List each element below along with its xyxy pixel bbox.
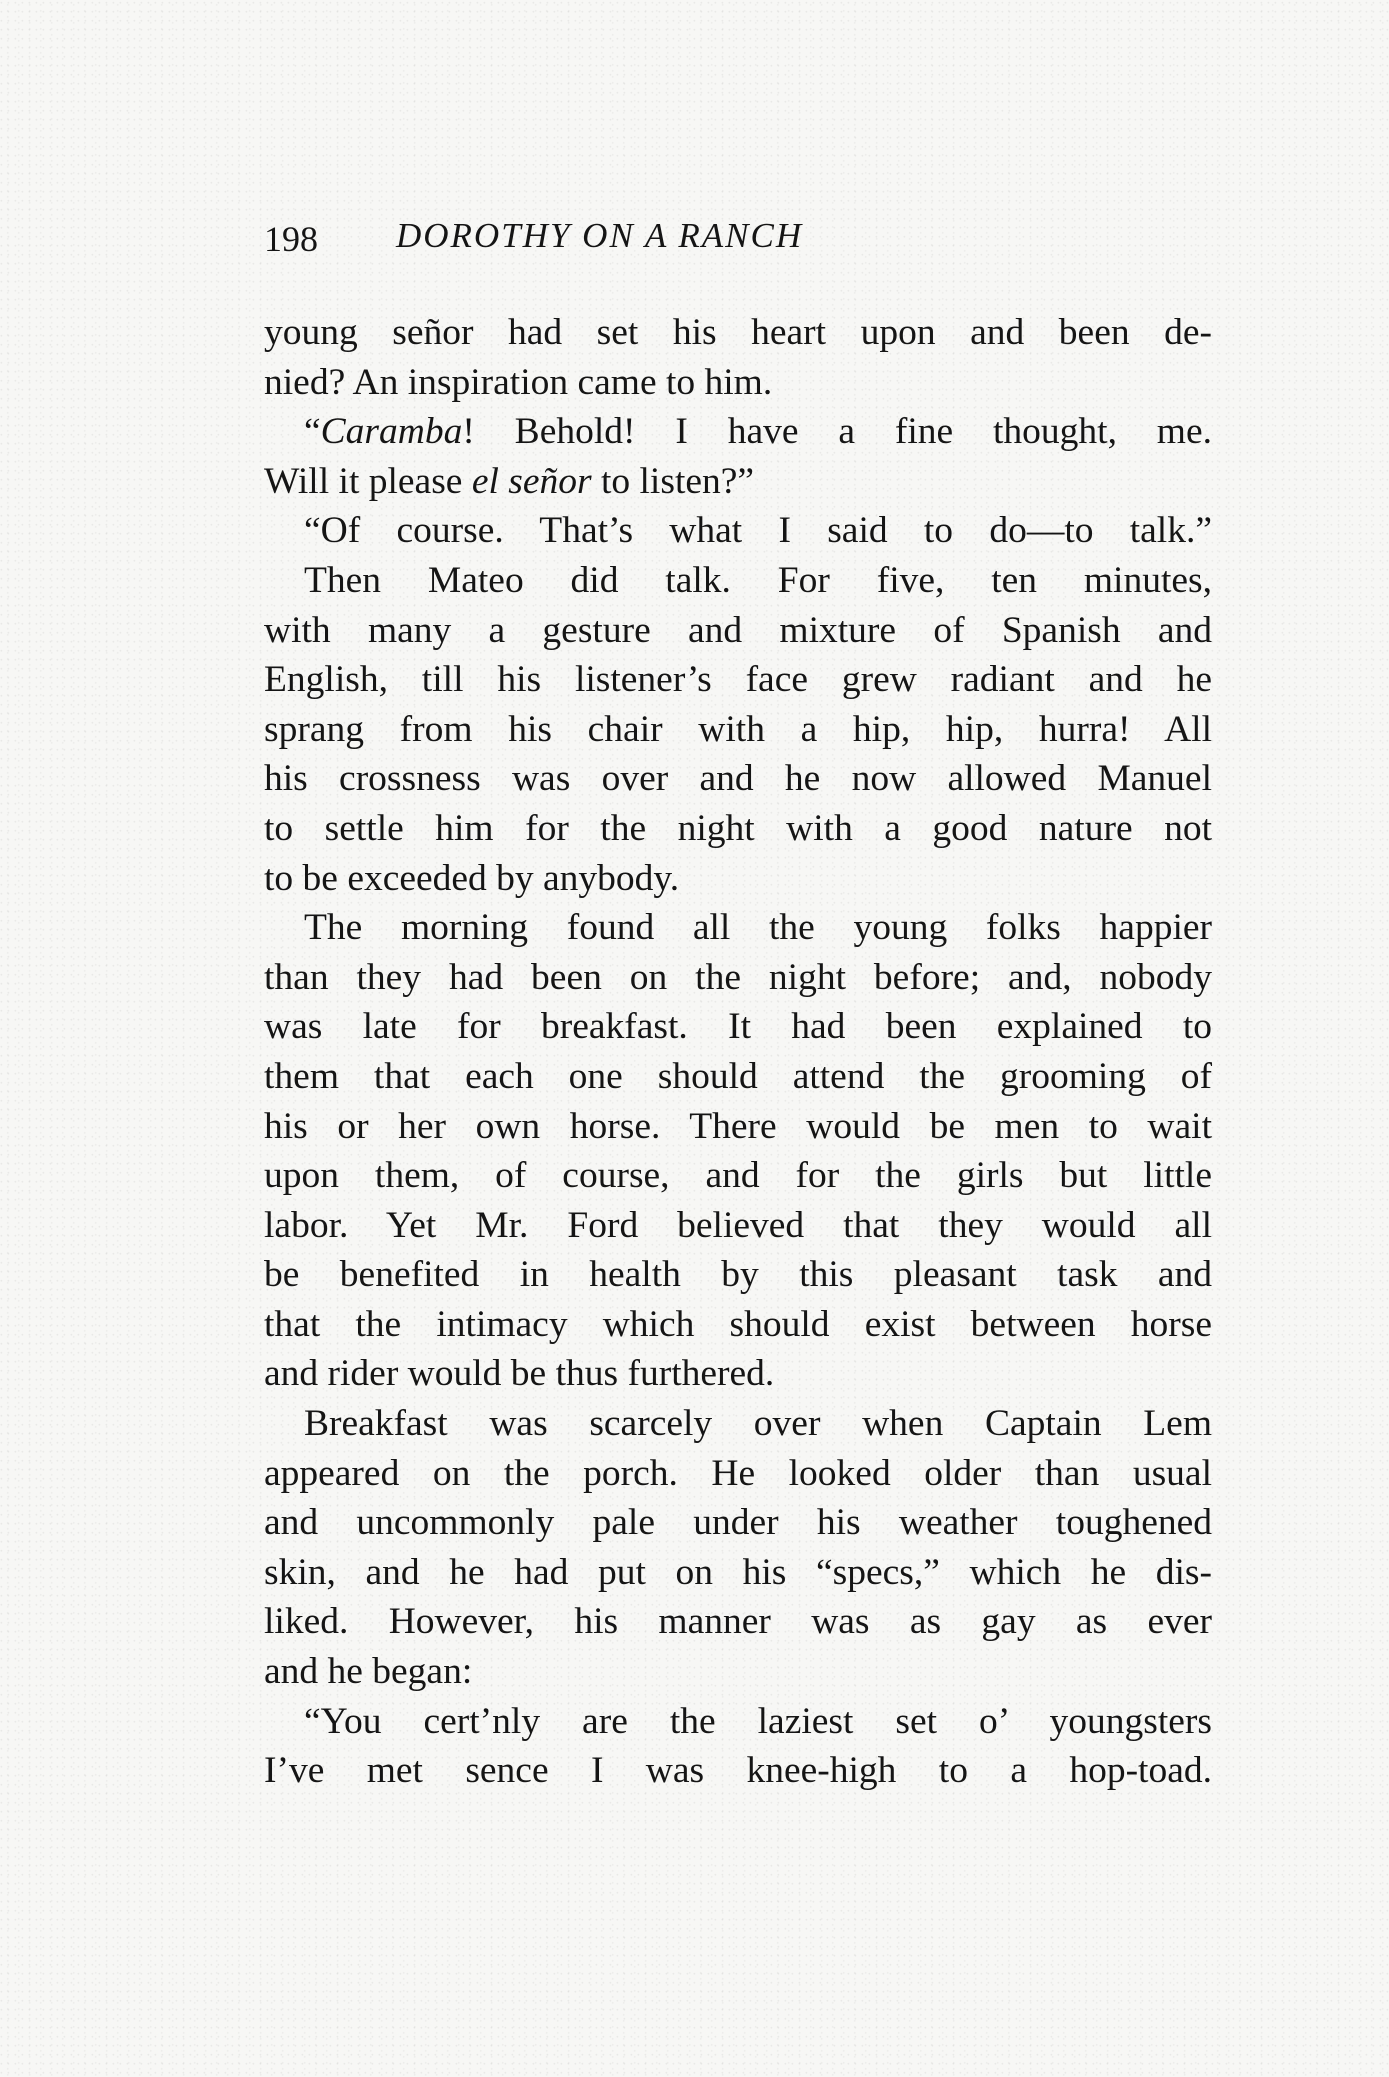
- text-line: with many a gesture and mixture of Spani…: [264, 606, 1212, 656]
- text-line: be benefited in health by this pleasant …: [264, 1250, 1212, 1300]
- text-line: I’ve met sence I was knee-high to a hop-…: [264, 1746, 1212, 1796]
- text-line: upon them, of course, and for the girls …: [264, 1151, 1212, 1201]
- text-segment: that the intimacy which should exist bet…: [264, 1304, 1212, 1345]
- text-segment: young señor had set his heart upon and b…: [264, 312, 1212, 353]
- text-line: labor. Yet Mr. Ford believed that they w…: [264, 1201, 1212, 1251]
- text-line: “Of course. That’s what I said to do—to …: [264, 506, 1212, 556]
- text-segment: labor. Yet Mr. Ford believed that they w…: [264, 1205, 1212, 1246]
- text-segment: appeared on the porch. He looked older t…: [264, 1453, 1212, 1494]
- italic-text: el señor: [472, 461, 592, 502]
- text-segment: be benefited in health by this pleasant …: [264, 1254, 1212, 1295]
- text-line: “Caramba! Behold! I have a fine thought,…: [264, 407, 1212, 457]
- text-segment: nied? An inspiration came to him.: [264, 362, 772, 403]
- text-line: to be exceeded by anybody.: [264, 854, 1212, 904]
- text-segment: and he began:: [264, 1651, 472, 1692]
- text-segment: them that each one should attend the gro…: [264, 1056, 1212, 1097]
- text-segment: sprang from his chair with a hip, hip, h…: [264, 709, 1212, 750]
- text-line: “You cert’nly are the laziest set o’ you…: [264, 1697, 1212, 1747]
- text-line: his crossness was over and he now allowe…: [264, 754, 1212, 804]
- text-line: English, till his listener’s face grew r…: [264, 655, 1212, 705]
- italic-text: Caramba: [321, 411, 463, 452]
- text-line: that the intimacy which should exist bet…: [264, 1300, 1212, 1350]
- text-segment: was late for breakfast. It had been expl…: [264, 1006, 1212, 1047]
- text-segment: his or her own horse. There would be men…: [264, 1106, 1212, 1147]
- text-segment: to listen?”: [592, 461, 754, 502]
- text-line: skin, and he had put on his “specs,” whi…: [264, 1548, 1212, 1598]
- text-segment: The morning found all the young folks ha…: [304, 907, 1212, 948]
- body-text: young señor had set his heart upon and b…: [264, 308, 1212, 1796]
- text-line: Then Mateo did talk. For five, ten minut…: [264, 556, 1212, 606]
- text-segment: Then Mateo did talk. For five, ten minut…: [304, 560, 1212, 601]
- text-segment: skin, and he had put on his “specs,” whi…: [264, 1552, 1212, 1593]
- text-line: Will it please el señor to listen?”: [264, 457, 1212, 507]
- text-segment: upon them, of course, and for the girls …: [264, 1155, 1212, 1196]
- text-line: and uncommonly pale under his weather to…: [264, 1498, 1212, 1548]
- text-line: The morning found all the young folks ha…: [264, 903, 1212, 953]
- text-line: them that each one should attend the gro…: [264, 1052, 1212, 1102]
- text-line: young señor had set his heart upon and b…: [264, 308, 1212, 358]
- text-line: and he began:: [264, 1647, 1212, 1697]
- text-line: liked. However, his manner was as gay as…: [264, 1597, 1212, 1647]
- text-segment: “Of course. That’s what I said to do—to …: [304, 510, 1212, 551]
- text-segment: Will it please: [264, 461, 472, 502]
- text-segment: I’ve met sence I was knee-high to a hop-…: [264, 1750, 1212, 1791]
- text-line: and rider would be thus furthered.: [264, 1349, 1212, 1399]
- text-line: his or her own horse. There would be men…: [264, 1102, 1212, 1152]
- text-line: nied? An inspiration came to him.: [264, 358, 1212, 408]
- text-segment: “You cert’nly are the laziest set o’ you…: [304, 1701, 1212, 1742]
- book-title: DOROTHY ON A RANCH: [396, 216, 803, 256]
- text-line: sprang from his chair with a hip, hip, h…: [264, 705, 1212, 755]
- text-segment: English, till his listener’s face grew r…: [264, 659, 1212, 700]
- text-segment: Breakfast was scarcely over when Captain…: [304, 1403, 1212, 1444]
- page-number: 198: [264, 218, 318, 260]
- text-segment: than they had been on the night before; …: [264, 957, 1212, 998]
- text-segment: to settle him for the night with a good …: [264, 808, 1212, 849]
- text-line: to settle him for the night with a good …: [264, 804, 1212, 854]
- text-segment: to be exceeded by anybody.: [264, 858, 679, 899]
- running-head: 198 DOROTHY ON A RANCH: [264, 210, 1212, 270]
- text-line: appeared on the porch. He looked older t…: [264, 1449, 1212, 1499]
- text-segment: liked. However, his manner was as gay as…: [264, 1601, 1212, 1642]
- book-page: 198 DOROTHY ON A RANCH young señor had s…: [264, 210, 1212, 1796]
- text-segment: with many a gesture and mixture of Spani…: [264, 610, 1212, 651]
- text-line: Breakfast was scarcely over when Captain…: [264, 1399, 1212, 1449]
- text-segment: his crossness was over and he now allowe…: [264, 758, 1212, 799]
- text-line: than they had been on the night before; …: [264, 953, 1212, 1003]
- text-segment: and uncommonly pale under his weather to…: [264, 1502, 1212, 1543]
- text-line: was late for breakfast. It had been expl…: [264, 1002, 1212, 1052]
- text-segment: “: [304, 411, 321, 452]
- text-segment: and rider would be thus furthered.: [264, 1353, 774, 1394]
- text-segment: ! Behold! I have a fine thought, me.: [462, 411, 1212, 452]
